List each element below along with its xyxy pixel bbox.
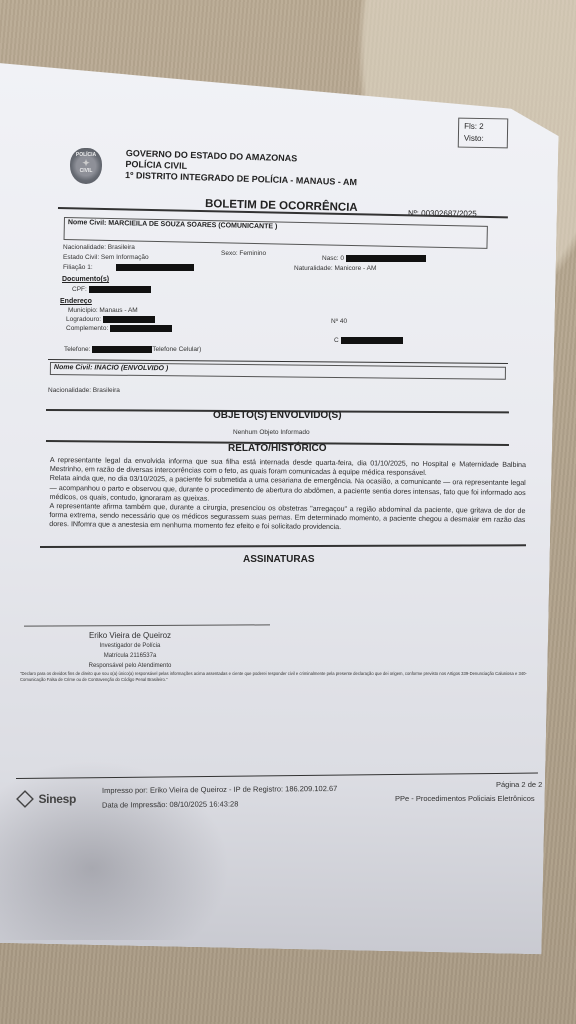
relato-text: A representante legal da envolvida infor…	[49, 456, 526, 535]
crest-text-bottom: CIVIL	[70, 168, 102, 174]
assinaturas-title: ASSINATURAS	[243, 554, 314, 565]
comunicante-name: Nome Civil: MARCIEILA DE SOUZA SOARES (C…	[68, 219, 278, 230]
redaction-bar	[341, 337, 403, 344]
redaction-bar	[103, 316, 155, 323]
nasc-label: Nasc: 0	[322, 255, 344, 262]
redaction-bar	[92, 346, 152, 353]
data-impressao: Data de Impressão: 08/10/2025 16:43:28	[102, 799, 238, 809]
fls-visto-box: Fls: 2 Visto:	[458, 118, 509, 149]
comunicante-naturalidade: Naturalidade: Manicore - AM	[294, 265, 376, 272]
signature-line	[24, 624, 270, 626]
signatory-name: Eriko Vieira de Queiroz	[60, 631, 200, 640]
comunicante-cpf: CPF:	[72, 286, 151, 293]
redaction-bar	[110, 325, 172, 332]
telefone-tipo: Telefone Celular)	[152, 346, 201, 353]
comunicante-telefone: Telefone: Telefone Celular)	[64, 346, 201, 353]
envolvido-nacionalidade: Nacionalidade: Brasileira	[48, 387, 120, 394]
telefone-label: Telefone:	[64, 346, 90, 353]
cpf-label: CPF:	[72, 286, 87, 293]
comunicante-sexo: Sexo: Feminino	[221, 250, 266, 257]
comunicante-estado-civil: Estado Civil: Sem Informação	[63, 254, 149, 261]
objetos-value: Nenhum Objeto Informado	[233, 429, 310, 436]
comunicante-municipio: Município: Manaus - AM	[68, 307, 138, 314]
comunicante-nacionalidade: Nacionalidade: Brasileira	[63, 244, 135, 251]
comunicante-numero: Nº 40	[331, 318, 347, 325]
policia-civil-crest-icon: POLÍCIA ✦ CIVIL	[70, 148, 102, 184]
signatory-responsavel: Responsável pelo Atendimento	[60, 663, 200, 669]
c-label: C	[334, 337, 339, 344]
police-report-document: Fls: 2 Visto: POLÍCIA ✦ CIVIL GOVERNO DO…	[0, 0, 576, 1024]
footer-divider	[16, 773, 538, 779]
impresso-por: Impresso por: Eriko Vieira de Queiroz - …	[102, 784, 337, 795]
documentos-label: Documento(s)	[62, 276, 109, 283]
redaction-bar	[89, 286, 151, 293]
divider	[40, 544, 526, 547]
logradouro-label: Logradouro:	[66, 316, 101, 323]
fls-label: Fls: 2	[464, 121, 502, 134]
relato-paragraph: A representante afirma também que, duran…	[49, 502, 525, 535]
redaction-bar	[346, 255, 426, 262]
relato-title: RELATO/HISTÓRICO	[228, 443, 327, 454]
sinesp-logo: Sinesp	[16, 790, 76, 808]
comunicante-filiacao: Filiação 1:	[63, 264, 194, 271]
comunicante-logradouro: Logradouro:	[66, 316, 155, 323]
filiacao-label: Filiação 1:	[63, 264, 93, 271]
sinesp-logo-text: Sinesp	[38, 792, 76, 806]
sinesp-logo-icon	[16, 790, 34, 808]
system-name: PPe - Procedimentos Policiais Eletrônico…	[395, 794, 535, 803]
envolvido-name-box: Nome Civil: INACIO (ENVOLVIDO )	[50, 362, 506, 380]
page-number: Página 2 de 2	[496, 780, 542, 789]
visto-label: Visto:	[464, 133, 502, 146]
signatory-matricula: Matrícula 2116537a	[60, 653, 200, 659]
crest-text-top: POLÍCIA	[70, 148, 102, 158]
comunicante-nasc: Nasc: 0	[322, 255, 426, 262]
signatory-role: Investigador de Polícia	[60, 643, 200, 649]
complemento-label: Complemento:	[66, 325, 108, 332]
redaction-bar	[116, 264, 194, 271]
objetos-title: OBJETO(S) ENVOLVIDO(S)	[213, 410, 342, 421]
comunicante-c: C	[334, 337, 403, 344]
declaracao-text: "Declaro para os devidos fins de direito…	[20, 671, 540, 683]
endereco-label: Endereço	[60, 298, 92, 305]
envolvido-name: Nome Civil: INACIO (ENVOLVIDO )	[54, 364, 168, 372]
agency-header: GOVERNO DO ESTADO DO AMAZONAS POLÍCIA CI…	[125, 148, 358, 188]
comunicante-complemento: Complemento:	[66, 325, 172, 332]
